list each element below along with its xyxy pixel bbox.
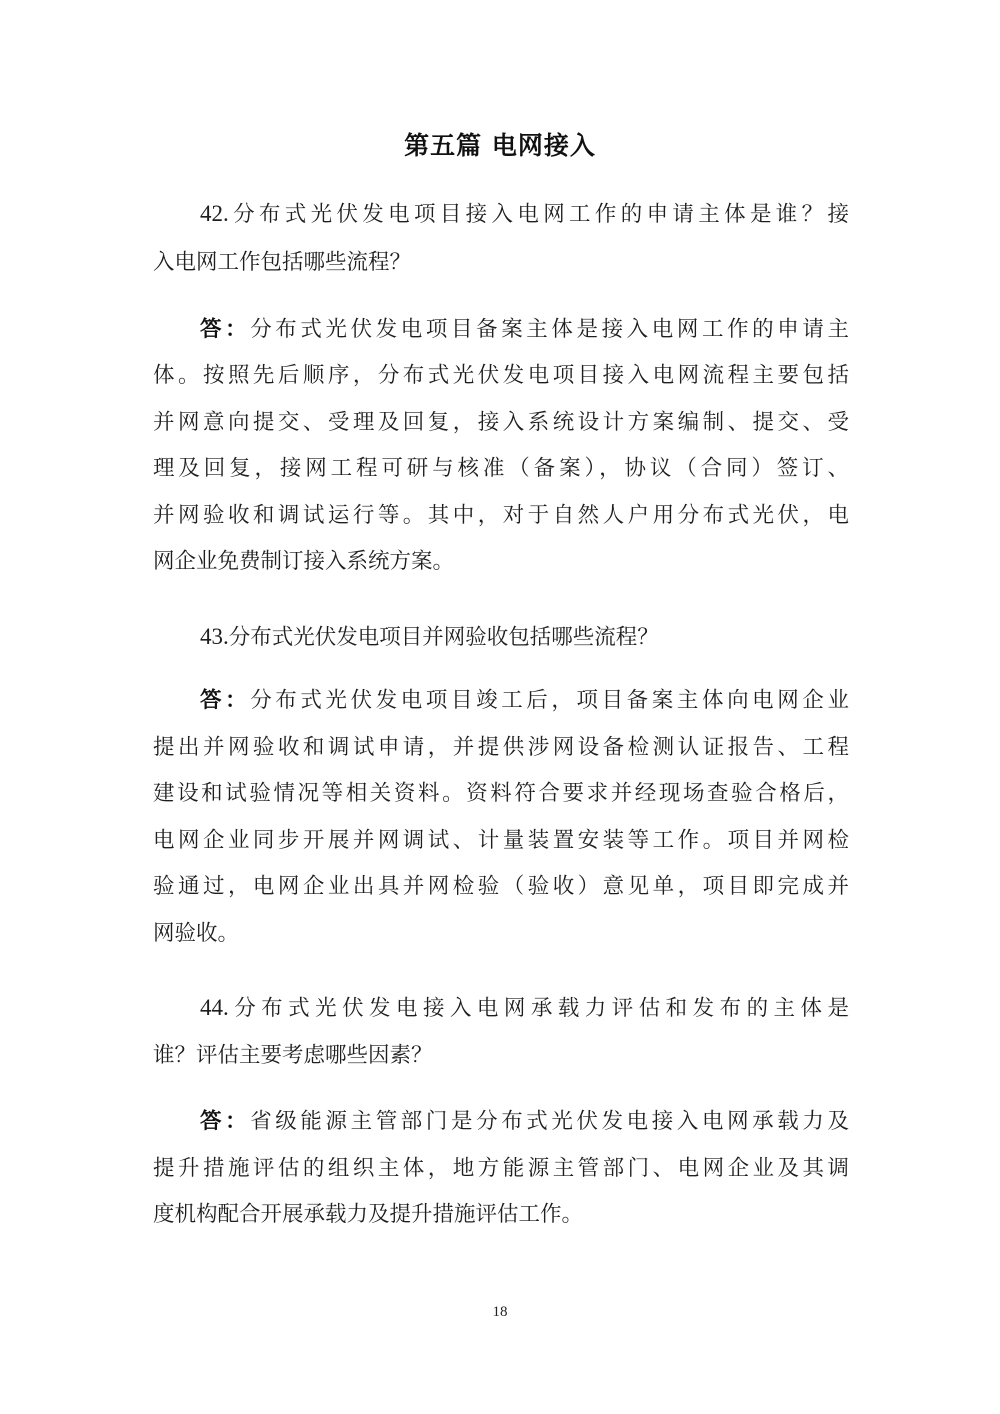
answer-43-line-6: 网验收。 bbox=[153, 914, 849, 954]
answer-43-line-2: 提出并网验收和调试申请，并提供涉网设备检测认证报告、工程 bbox=[153, 728, 849, 768]
answer-43-line-5: 验通过，电网企业出具并网检验（验收）意见单，项目即完成并 bbox=[153, 867, 849, 907]
question-number: 44. bbox=[200, 995, 229, 1020]
answer-44-line-2: 提升措施评估的组织主体，地方能源主管部门、电网企业及其调 bbox=[153, 1149, 849, 1189]
answer-42-line-4: 理及回复，接网工程可研与核准（备案），协议（合同）签订、 bbox=[153, 449, 849, 489]
answer-label: 答： bbox=[200, 688, 250, 713]
answer-label: 答： bbox=[200, 317, 250, 342]
answer-label: 答： bbox=[200, 1109, 250, 1134]
answer-44-line-3: 度机构配合开展承载力及提升措施评估工作。 bbox=[153, 1195, 849, 1235]
answer-42-line-2: 体。按照先后顺序，分布式光伏发电项目接入电网流程主要包括 bbox=[153, 356, 849, 396]
question-number: 42. bbox=[200, 201, 229, 226]
answer-44-line-1: 答：省级能源主管部门是分布式光伏发电接入电网承载力及 bbox=[200, 1102, 849, 1142]
document-page: 第五篇 电网接入 42.分布式光伏发电项目接入电网工作的申请主体是谁？接 入电网… bbox=[0, 0, 1000, 1414]
question-42-line-2: 入电网工作包括哪些流程？ bbox=[153, 243, 849, 283]
answer-43-line-1: 答：分布式光伏发电项目竣工后，项目备案主体向电网企业 bbox=[200, 681, 849, 721]
question-44-line-2: 谁？评估主要考虑哪些因素？ bbox=[153, 1036, 849, 1076]
answer-43-line-4: 电网企业同步开展并网调试、计量装置安装等工作。项目并网检 bbox=[153, 821, 849, 861]
question-number: 43. bbox=[200, 624, 229, 649]
answer-42-line-1: 答：分布式光伏发电项目备案主体是接入电网工作的申请主 bbox=[200, 310, 849, 350]
answer-42-line-6: 网企业免费制订接入系统方案。 bbox=[153, 542, 849, 582]
answer-43-line-3: 建设和试验情况等相关资料。资料符合要求并经现场查验合格后， bbox=[153, 774, 849, 814]
section-title: 第五篇 电网接入 bbox=[0, 126, 1000, 166]
answer-42-line-5: 并网验收和调试运行等。其中，对于自然人户用分布式光伏，电 bbox=[153, 496, 849, 536]
answer-42-line-3: 并网意向提交、受理及回复，接入系统设计方案编制、提交、受 bbox=[153, 403, 849, 443]
page-number: 18 bbox=[0, 1304, 1000, 1321]
question-42-line-1: 42.分布式光伏发电项目接入电网工作的申请主体是谁？接 bbox=[200, 194, 849, 234]
question-43-line-1: 43.分布式光伏发电项目并网验收包括哪些流程？ bbox=[200, 617, 849, 657]
question-44-line-1: 44.分布式光伏发电接入电网承载力评估和发布的主体是 bbox=[200, 988, 849, 1028]
